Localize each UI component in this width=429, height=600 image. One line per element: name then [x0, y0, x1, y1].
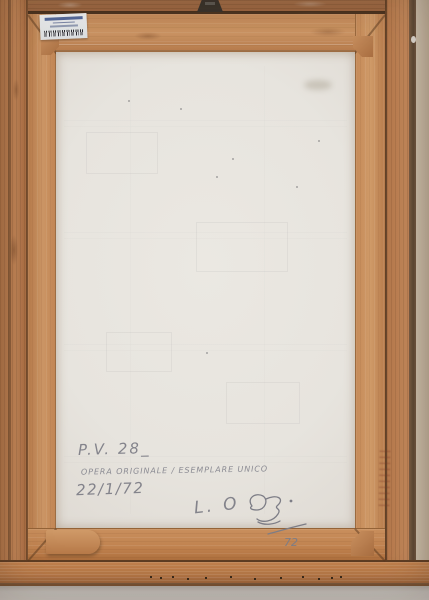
- ghost-rect: [86, 132, 158, 174]
- inventory-label: [39, 13, 87, 40]
- floor-strip: [0, 586, 429, 600]
- canvas-specks: [128, 100, 130, 102]
- paint-chip: [411, 36, 416, 43]
- frame-molding-bottom: [0, 560, 429, 586]
- artist-signature-flourish: 72: [242, 490, 334, 554]
- wood-seam: [28, 44, 385, 45]
- ghost-rect: [196, 222, 288, 272]
- label-text-line: [49, 25, 77, 28]
- wood-specks: [150, 576, 152, 578]
- frame-molding-right: [385, 0, 429, 586]
- inscription-catalog-number: P.V. 28_: [78, 439, 151, 459]
- canvas-maker-stamp: [378, 446, 390, 508]
- corner-block-bottom-left: [46, 530, 100, 554]
- molding-groove: [8, 0, 11, 586]
- canvas-smudge: [304, 80, 332, 90]
- barcode: [44, 29, 84, 37]
- label-text-line: [44, 16, 82, 20]
- canvas-back: P.V. 28_ OPERA ORIGINALE / ESEMPLARE UNI…: [56, 52, 355, 528]
- molding-outer-edge: [416, 0, 429, 586]
- bracket-highlight: [205, 2, 215, 5]
- stretcher-bar-left: [28, 14, 56, 560]
- signature-year: 72: [284, 536, 298, 549]
- inscription-date: 22/1/72: [76, 479, 145, 499]
- label-text-line: [52, 21, 74, 24]
- ghost-rect: [106, 332, 172, 372]
- artist-signature-initials: L. O: [193, 494, 241, 519]
- artwork-verso-photo: P.V. 28_ OPERA ORIGINALE / ESEMPLARE UNI…: [0, 0, 429, 600]
- molding-groove: [409, 0, 416, 586]
- inscription-edition-note: OPERA ORIGINALE / ESEMPLARE UNICO: [81, 464, 268, 476]
- frame-molding-left: [0, 0, 28, 586]
- ghost-rect: [226, 382, 300, 424]
